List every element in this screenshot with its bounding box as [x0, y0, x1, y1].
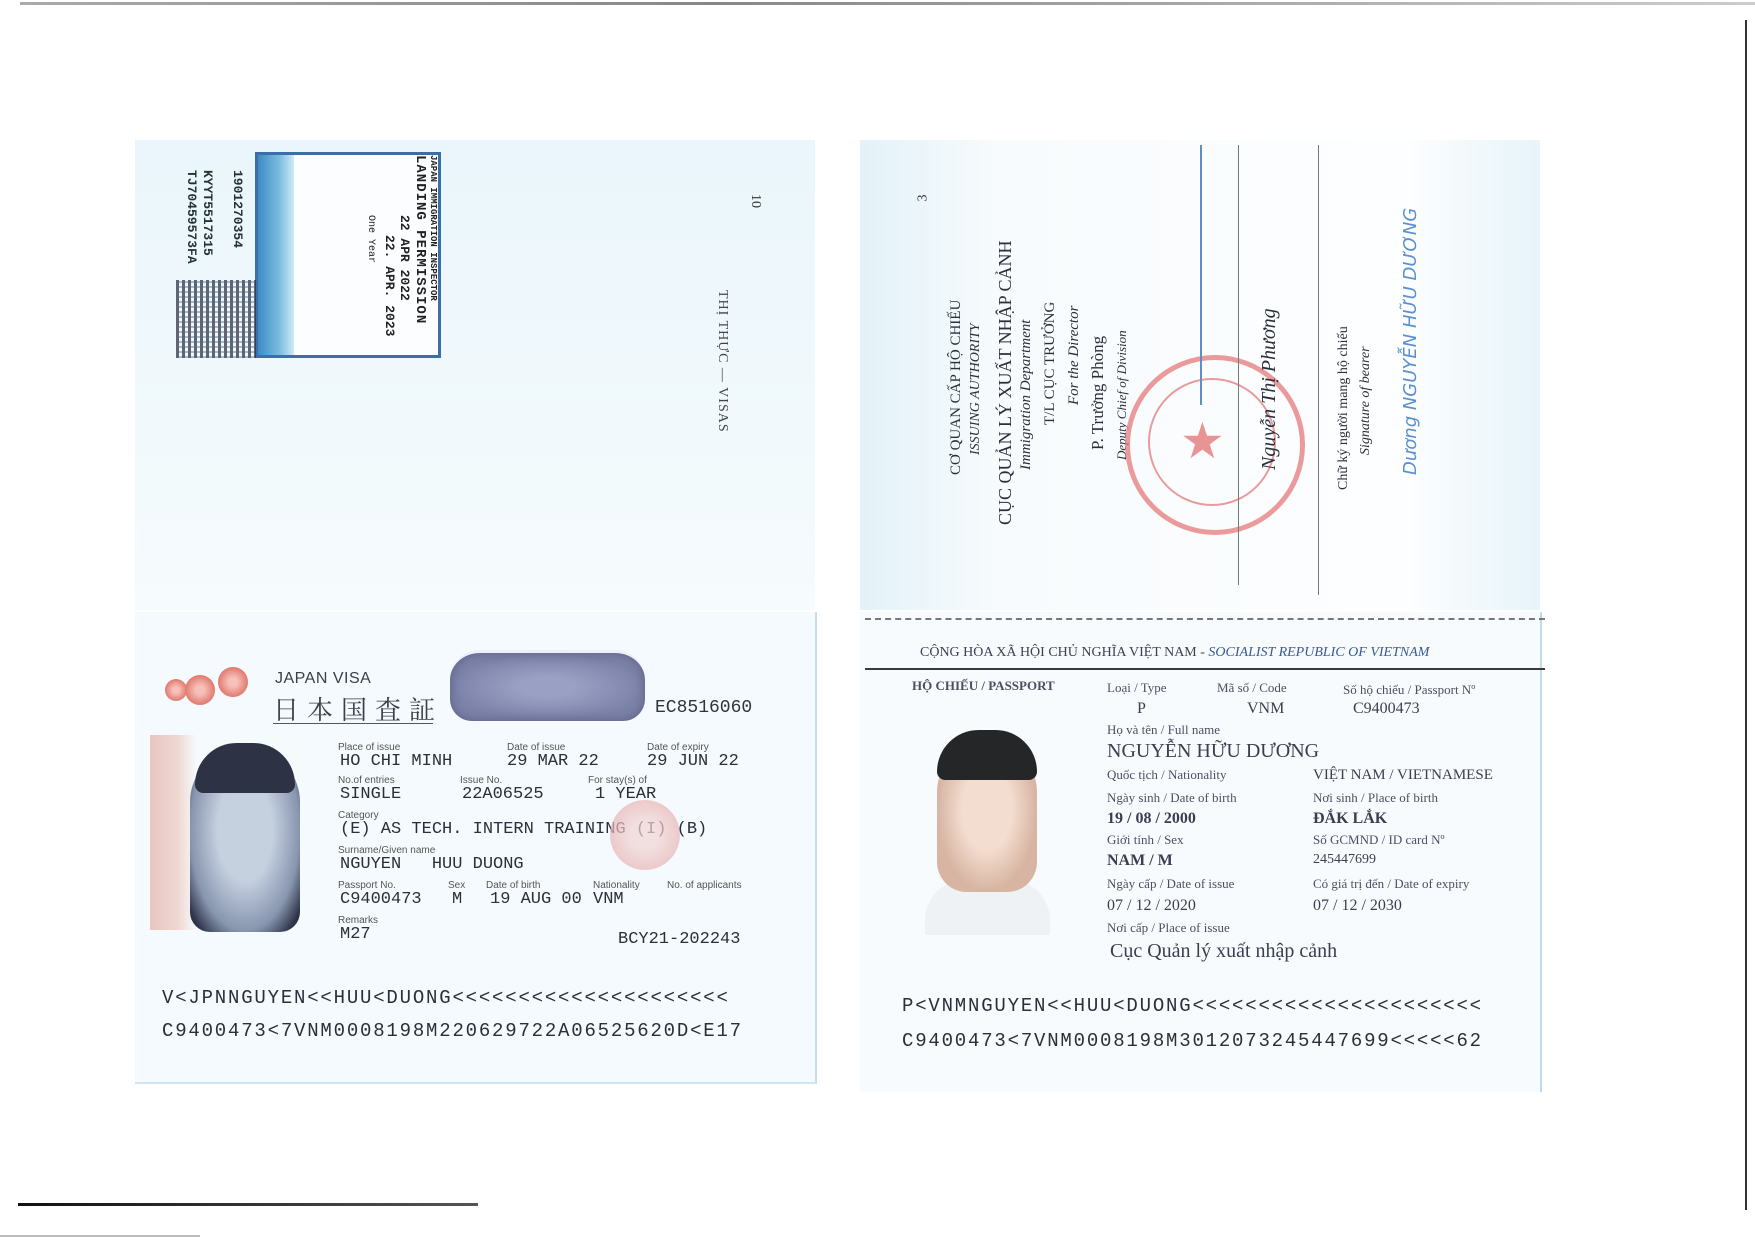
label-id-card: Số GCMND / ID card Nº	[1313, 832, 1445, 848]
header-vn: CỘNG HÒA XÃ HỘI CHỦ NGHĨA VIỆT NAM -	[920, 645, 1208, 660]
scan-edge-right	[1745, 20, 1747, 1210]
value-date-of-expiry: 07 / 12 / 2030	[1313, 897, 1402, 915]
passport-mrz-line-2: C9400473<7VNM0008198M3012073245447699<<<…	[902, 1030, 1483, 1052]
stamp-date: 22 APR 2022	[397, 155, 412, 355]
visa-brand: JAPAN VISA	[275, 670, 371, 688]
label-date-of-expiry: Có giá trị đến / Date of expiry	[1313, 876, 1469, 892]
visa-mrz-line-2: C9400473<7VNM0008198M220629722A06525620D…	[162, 1020, 743, 1042]
stamp-title: JAPAN IMMIGRATION INSPECTOR	[428, 155, 438, 355]
value-date-of-issue: 29 MAR 22	[507, 752, 599, 771]
value-dob: 19 / 08 / 2000	[1107, 810, 1196, 828]
label-nationality: Quốc tịch / Nationality	[1107, 767, 1227, 783]
authority-line-2: ISSUING AUTHORITY	[968, 323, 984, 455]
scan-edge-bottom-faint	[0, 1235, 200, 1237]
hologram	[450, 650, 645, 721]
authority-line-3: CỤC QUẢN LÝ XUẤT NHẬP CẢNH	[995, 240, 1016, 525]
stamp-status: One Year	[365, 155, 376, 355]
visa-seal	[610, 800, 680, 870]
label-place-of-birth: Nơi sinh / Place of birth	[1313, 790, 1438, 806]
bearer-label-en: Signature of bearer	[1358, 346, 1374, 455]
visa-brand-jp: 日本国査証	[273, 690, 443, 727]
divider-line-1	[1238, 145, 1239, 585]
signature-stroke	[1200, 145, 1202, 405]
seal-star-icon: ★	[1180, 412, 1225, 470]
stamp-code-1: KYYT5517315	[199, 170, 215, 264]
label-place-of-issue: Nơi cấp / Place of issue	[1107, 920, 1230, 936]
header-en: SOCIALIST REPUBLIC OF VIETNAM	[1208, 645, 1429, 660]
doc-label: HỘ CHIẾU / PASSPORT	[912, 678, 1055, 694]
scan-edge-bottom	[18, 1203, 478, 1206]
label-dob: Ngày sinh / Date of birth	[1107, 790, 1237, 806]
label-passport-no: Số hộ chiếu / Passport Nº	[1343, 682, 1475, 698]
divider-line-2	[1318, 145, 1319, 595]
value-dob: 19 AUG 00	[490, 890, 582, 909]
value-sex: NAM / M	[1107, 852, 1173, 870]
authority-line-4: Immigration Department	[1018, 320, 1035, 470]
scan-edge-top	[20, 2, 1755, 5]
value-nationality: VIỆT NAM / VIETNAMESE	[1313, 767, 1493, 784]
passport-mrz-line-1: P<VNMNGUYEN<<HUU<DUONG<<<<<<<<<<<<<<<<<<…	[902, 995, 1483, 1017]
bearer-signature: Dương NGUYỄN HỮU DƯƠNG	[1400, 208, 1421, 475]
visa-photo	[150, 735, 305, 930]
visa-mrz-line-1: V<JPNNGUYEN<<HUU<DUONG<<<<<<<<<<<<<<<<<<…	[162, 987, 730, 1009]
visa-page-number: 10	[747, 194, 763, 208]
qr-code	[176, 280, 256, 358]
stamp-heading: LANDING PERMISSION	[412, 155, 428, 355]
stamp-id-number: 1901270354	[229, 170, 245, 264]
label-applicants: No. of applicants	[667, 880, 742, 891]
authority-line-6: For the Director	[1066, 306, 1083, 405]
value-code: VNM	[1247, 700, 1284, 718]
value-remarks: M27	[340, 925, 371, 944]
bearer-label: Chữ ký người mang hộ chiếu	[1336, 326, 1352, 490]
stamp-until: 22. APR. 2023	[382, 155, 397, 355]
value-place-of-birth: ĐẮK LẮK	[1313, 810, 1387, 828]
mount-fuji-graphic	[258, 155, 294, 355]
value-date-of-expiry: 29 JUN 22	[647, 752, 739, 771]
passport-header: CỘNG HÒA XÃ HỘI CHỦ NGHĨA VIỆT NAM - SOC…	[920, 645, 1429, 661]
value-reference: BCY21-202243	[618, 930, 740, 949]
label-sex: Giới tính / Sex	[1107, 832, 1184, 848]
stamp-code-2: TJ70459573FA	[183, 170, 199, 264]
japan-visa-sticker: JAPAN VISA 日本国査証 EC8516060 Place of issu…	[150, 650, 790, 1070]
brand-underline	[273, 723, 433, 724]
visa-number: EC8516060	[655, 698, 752, 718]
value-id-card: 245447699	[1313, 852, 1376, 868]
page-divider	[865, 618, 1545, 620]
authority-line-7: P. Trưởng Phòng	[1088, 336, 1108, 450]
value-issue-no: 22A06525	[462, 785, 544, 804]
value-passport-no: C9400473	[340, 890, 422, 909]
value-date-of-issue: 07 / 12 / 2020	[1107, 897, 1196, 915]
sakura-icon	[160, 665, 255, 715]
value-full-name: NGUYỄN HỮU DƯƠNG	[1107, 740, 1319, 763]
authority-line-1: CƠ QUAN CẤP HỘ CHIẾU	[948, 300, 965, 475]
label-type: Loại / Type	[1107, 680, 1167, 696]
value-sex: M	[452, 890, 462, 909]
value-place-of-issue: Cục Quản lý xuất nhập cảnh	[1110, 940, 1337, 963]
visa-section-label: THỊ THỰC — VISAS	[714, 290, 730, 433]
signatory-name: Nguyễn Thị Phương	[1258, 308, 1281, 470]
value-place-of-issue: HO CHI MINH	[340, 752, 452, 771]
value-type: P	[1137, 700, 1146, 718]
authority-page-number: 3	[916, 195, 932, 202]
value-nationality: VNM	[593, 890, 624, 909]
stamp-frame: JAPAN IMMIGRATION INSPECTOR LANDING PERM…	[255, 152, 441, 358]
value-name: NGUYEN HUU DUONG	[340, 855, 524, 874]
passport-photo	[925, 720, 1050, 935]
value-passport-no: C9400473	[1353, 700, 1420, 718]
header-rule	[865, 668, 1545, 670]
value-entries: SINGLE	[340, 785, 401, 804]
label-date-of-issue: Ngày cấp / Date of issue	[1107, 876, 1234, 892]
label-full-name: Họ và tên / Full name	[1107, 722, 1220, 738]
label-code: Mã số / Code	[1217, 680, 1287, 696]
authority-line-5: T/L CỤC TRƯỞNG	[1042, 302, 1059, 425]
